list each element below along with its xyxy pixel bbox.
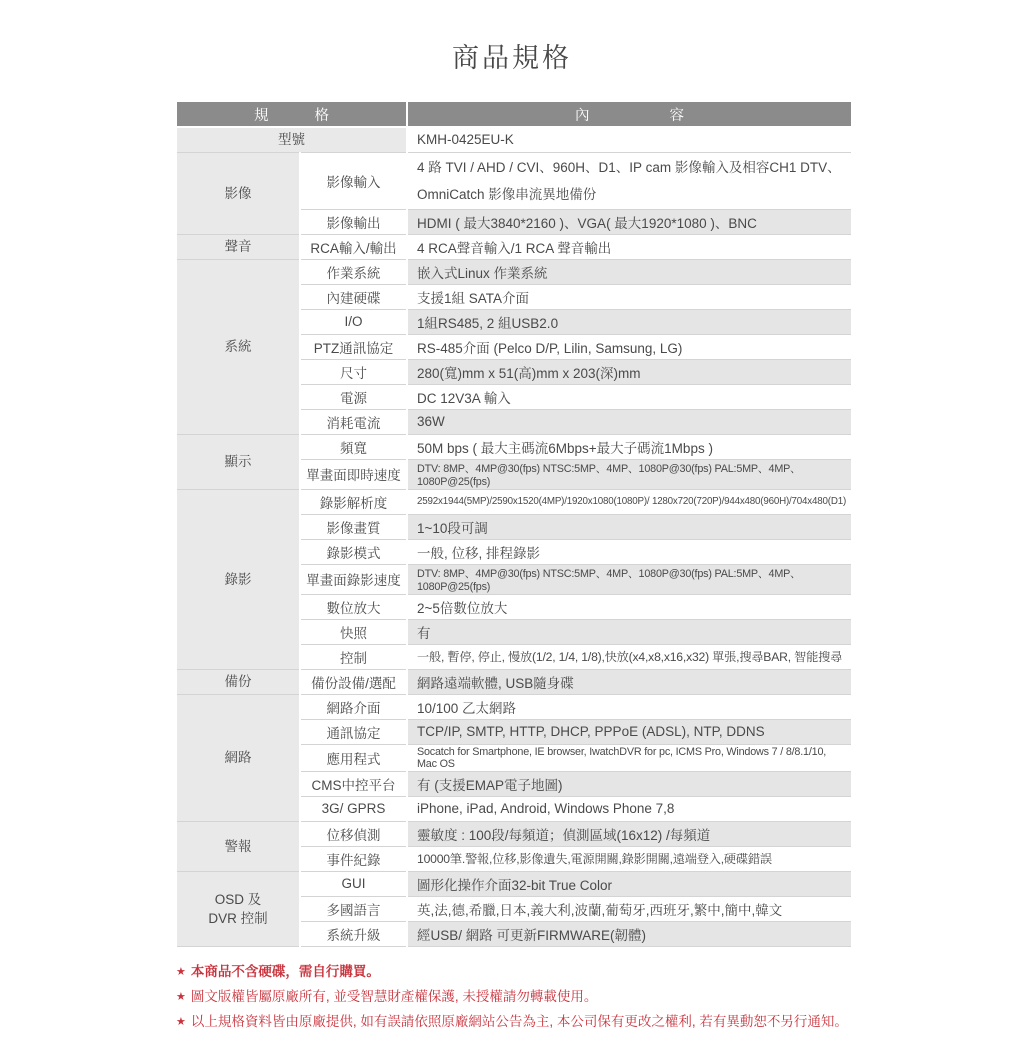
table-row: 聲音RCA輸入/輸出4 RCA聲音輸入/1 RCA 聲音輸出 bbox=[176, 234, 852, 259]
star-icon: ★ bbox=[176, 991, 186, 1003]
spec-value-cell: 4 RCA聲音輸入/1 RCA 聲音輸出 bbox=[407, 234, 852, 259]
spec-label-cell: RCA輸入/輸出 bbox=[300, 234, 407, 259]
spec-label-cell: 內建硬碟 bbox=[300, 284, 407, 309]
spec-value-cell: 網路遠端軟體, USB隨身碟 bbox=[407, 669, 852, 694]
spec-label-cell: 通訊協定 bbox=[300, 719, 407, 744]
spec-label-cell: 尺寸 bbox=[300, 359, 407, 384]
spec-table: 規格 內容 型號KMH-0425EU-K影像影像輸入4 路 TVI / AHD … bbox=[175, 100, 853, 947]
spec-value-cell: 一般, 位移, 排程錄影 bbox=[407, 539, 852, 564]
spec-value-cell: DC 12V3A 輸入 bbox=[407, 384, 852, 409]
spec-value-cell: TCP/IP, SMTP, HTTP, DHCP, PPPoE (ADSL), … bbox=[407, 719, 852, 744]
table-row: 影像影像輸入4 路 TVI / AHD / CVI、960H、D1、IP cam… bbox=[176, 152, 852, 209]
header-spec-label: 規格 bbox=[208, 104, 375, 125]
spec-label-cell: 單畫面錄影速度 bbox=[300, 564, 407, 594]
spec-table-body: 型號KMH-0425EU-K影像影像輸入4 路 TVI / AHD / CVI、… bbox=[176, 127, 852, 946]
spec-value-cell: 靈敏度 : 100段/每頻道；偵測區域(16x12) /每頻道 bbox=[407, 821, 852, 846]
spec-label-cell: 應用程式 bbox=[300, 744, 407, 771]
category-cell: 錄影 bbox=[176, 489, 300, 669]
table-row: OSD 及 DVR 控制GUI圖形化操作介面32-bit True Color bbox=[176, 871, 852, 896]
page-title: 商品規格 bbox=[0, 36, 1024, 75]
table-row: 備份備份設備/選配網路遠端軟體, USB隨身碟 bbox=[176, 669, 852, 694]
spec-label-cell: 影像輸出 bbox=[300, 209, 407, 234]
spec-value-cell: 50M bps ( 最大主碼流6Mbps+最大子碼流1Mbps ) bbox=[407, 434, 852, 459]
table-header-row: 規格 內容 bbox=[176, 101, 852, 127]
spec-value-cell: 有 (支援EMAP電子地圖) bbox=[407, 771, 852, 796]
spec-label-cell: 3G/ GPRS bbox=[300, 796, 407, 821]
category-cell: OSD 及 DVR 控制 bbox=[176, 871, 300, 946]
category-cell: 影像 bbox=[176, 152, 300, 234]
spec-label-cell: I/O bbox=[300, 309, 407, 334]
category-cell: 系統 bbox=[176, 259, 300, 434]
spec-value-cell: 10/100 乙太網路 bbox=[407, 694, 852, 719]
header-content-cell: 內容 bbox=[407, 101, 852, 127]
spec-label-cell: 作業系統 bbox=[300, 259, 407, 284]
spec-value-cell: 一般, 暫停, 停止, 慢放(1/2, 1/4, 1/8),快放(x4,x8,x… bbox=[407, 644, 852, 669]
table-row: 警報位移偵測靈敏度 : 100段/每頻道；偵測區域(16x12) /每頻道 bbox=[176, 821, 852, 846]
spec-value-cell: 英,法,德,希臘,日本,義大利,波蘭,葡萄牙,西班牙,繁中,簡中,韓文 bbox=[407, 896, 852, 921]
spec-value-cell: 1組RS485, 2 組USB2.0 bbox=[407, 309, 852, 334]
spec-value-cell: 經USB/ 網路 可更新FIRMWARE(韌體) bbox=[407, 921, 852, 946]
spec-value-cell: HDMI ( 最大3840*2160 )、VGA( 最大1920*1080 )、… bbox=[407, 209, 852, 234]
spec-value-cell: 有 bbox=[407, 619, 852, 644]
model-label-cell: 型號 bbox=[176, 127, 407, 152]
category-cell: 警報 bbox=[176, 821, 300, 871]
header-content-label: 內容 bbox=[495, 104, 764, 125]
category-cell: 聲音 bbox=[176, 234, 300, 259]
model-value-cell: KMH-0425EU-K bbox=[407, 127, 852, 152]
spec-label-cell: 備份設備/選配 bbox=[300, 669, 407, 694]
spec-label-cell: CMS中控平台 bbox=[300, 771, 407, 796]
spec-label-cell: 位移偵測 bbox=[300, 821, 407, 846]
spec-value-cell: 4 路 TVI / AHD / CVI、960H、D1、IP cam 影像輸入及… bbox=[407, 152, 852, 209]
star-icon: ★ bbox=[176, 1016, 186, 1028]
spec-label-cell: 電源 bbox=[300, 384, 407, 409]
table-row: 錄影錄影解析度2592x1944(5MP)/2590x1520(4MP)/192… bbox=[176, 489, 852, 514]
spec-value-cell: 280(寬)mm x 51(高)mm x 203(深)mm bbox=[407, 359, 852, 384]
spec-value-cell: 嵌入式Linux 作業系統 bbox=[407, 259, 852, 284]
spec-value-cell: Socatch for Smartphone, IE browser, Iwat… bbox=[407, 744, 852, 771]
spec-value-cell: 10000筆.警報,位移,影像遺失,電源開關,錄影開關,遠端登入,硬碟錯誤 bbox=[407, 846, 852, 871]
footnote-text: 本商品不含硬碟，需自行購買。 bbox=[191, 964, 380, 979]
table-row-model: 型號KMH-0425EU-K bbox=[176, 127, 852, 152]
table-row: 系統作業系統嵌入式Linux 作業系統 bbox=[176, 259, 852, 284]
footnote-text: 以上規格資料皆由原廠提供, 如有誤請依照原廠網站公告為主, 本公司保有更改之權利… bbox=[191, 1014, 848, 1029]
spec-label-cell: 影像輸入 bbox=[300, 152, 407, 209]
spec-value-cell: 支援1組 SATA介面 bbox=[407, 284, 852, 309]
table-row: 顯示頻寬50M bps ( 最大主碼流6Mbps+最大子碼流1Mbps ) bbox=[176, 434, 852, 459]
spec-label-cell: 快照 bbox=[300, 619, 407, 644]
footnote: ★以上規格資料皆由原廠提供, 如有誤請依照原廠網站公告為主, 本公司保有更改之權… bbox=[176, 1014, 1024, 1030]
spec-value-cell: DTV: 8MP、4MP@30(fps) NTSC:5MP、4MP、1080P@… bbox=[407, 564, 852, 594]
spec-label-cell: 系統升級 bbox=[300, 921, 407, 946]
spec-value-cell: 1~10段可調 bbox=[407, 514, 852, 539]
spec-value-cell: iPhone, iPad, Android, Windows Phone 7,8 bbox=[407, 796, 852, 821]
spec-value-cell: RS-485介面 (Pelco D/P, Lilin, Samsung, LG) bbox=[407, 334, 852, 359]
spec-value-cell: 圖形化操作介面32-bit True Color bbox=[407, 871, 852, 896]
spec-label-cell: 多國語言 bbox=[300, 896, 407, 921]
spec-value-cell: 2~5倍數位放大 bbox=[407, 594, 852, 619]
footnotes: ★本商品不含硬碟，需自行購買。★圖文版權皆屬原廠所有, 並受智慧財產權保護, 未… bbox=[176, 964, 1024, 1030]
footnote: ★本商品不含硬碟，需自行購買。 bbox=[176, 964, 1024, 980]
spec-label-cell: GUI bbox=[300, 871, 407, 896]
spec-value-cell: 36W bbox=[407, 409, 852, 434]
spec-label-cell: 錄影解析度 bbox=[300, 489, 407, 514]
star-icon: ★ bbox=[176, 966, 186, 978]
spec-label-cell: 網路介面 bbox=[300, 694, 407, 719]
footnote-text: 圖文版權皆屬原廠所有, 並受智慧財產權保護, 未授權請勿轉載使用。 bbox=[191, 989, 598, 1004]
spec-value-cell: 2592x1944(5MP)/2590x1520(4MP)/1920x1080(… bbox=[407, 489, 852, 514]
spec-label-cell: PTZ通訊協定 bbox=[300, 334, 407, 359]
category-cell: 顯示 bbox=[176, 434, 300, 489]
spec-label-cell: 錄影模式 bbox=[300, 539, 407, 564]
header-spec-cell: 規格 bbox=[176, 101, 407, 127]
footnote: ★圖文版權皆屬原廠所有, 並受智慧財產權保護, 未授權請勿轉載使用。 bbox=[176, 989, 1024, 1005]
spec-label-cell: 數位放大 bbox=[300, 594, 407, 619]
category-cell: 網路 bbox=[176, 694, 300, 821]
spec-label-cell: 事件紀錄 bbox=[300, 846, 407, 871]
spec-label-cell: 單畫面即時速度 bbox=[300, 459, 407, 489]
spec-label-cell: 控制 bbox=[300, 644, 407, 669]
spec-label-cell: 影像畫質 bbox=[300, 514, 407, 539]
category-cell: 備份 bbox=[176, 669, 300, 694]
spec-label-cell: 頻寬 bbox=[300, 434, 407, 459]
spec-label-cell: 消耗電流 bbox=[300, 409, 407, 434]
table-row: 網路網路介面10/100 乙太網路 bbox=[176, 694, 852, 719]
spec-value-cell: DTV: 8MP、4MP@30(fps) NTSC:5MP、4MP、1080P@… bbox=[407, 459, 852, 489]
